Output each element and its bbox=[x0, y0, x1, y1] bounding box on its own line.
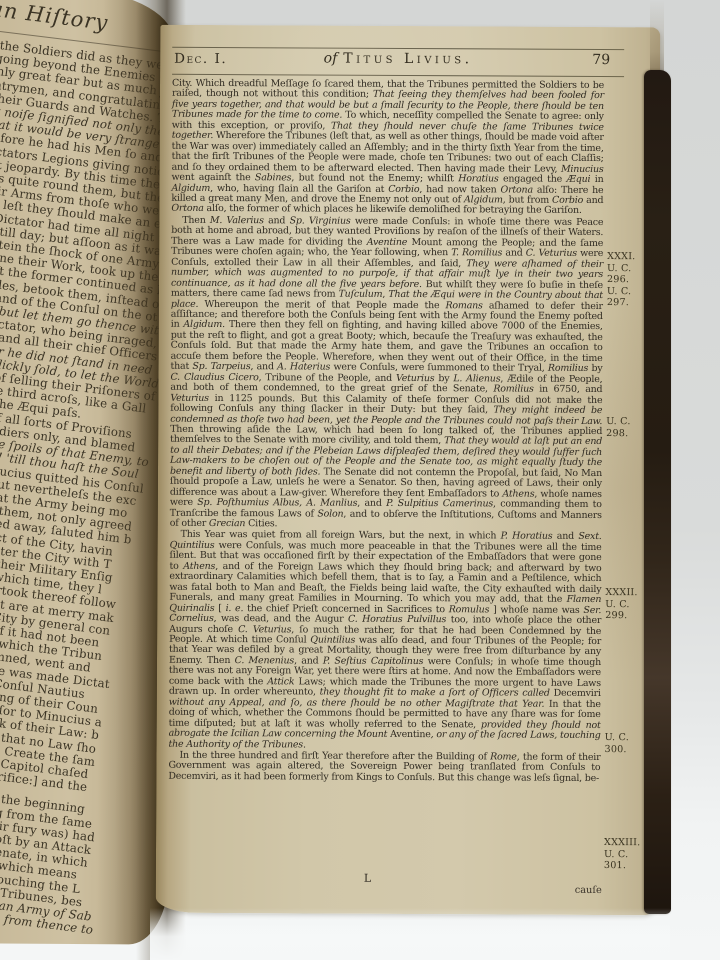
paragraph: Then M. Valerius and Sp. Virginius were … bbox=[170, 216, 604, 532]
header-title-of: of bbox=[324, 51, 338, 67]
book-cover-edge bbox=[644, 70, 671, 914]
catchword: cauſe bbox=[516, 885, 602, 896]
margin-note: XXXII.U. C.299. bbox=[605, 587, 638, 622]
paragraph: In the three hundred and firſt Year ther… bbox=[168, 751, 600, 785]
desk-surface bbox=[150, 908, 670, 960]
paragraph: This Year was quiet from all foreign War… bbox=[169, 530, 602, 752]
header-rule-bottom bbox=[172, 74, 624, 77]
header-title: ofTitus Livius. bbox=[172, 50, 624, 68]
paragraph: City. Which dreadful Meſſage ſo ſcared t… bbox=[171, 79, 604, 217]
margin-note: XXXIII.U. C.301. bbox=[604, 837, 640, 872]
signature-mark: L bbox=[364, 872, 371, 885]
left-page-title-fragment: an Hiſtory bbox=[0, 0, 110, 35]
margin-note: U. C.300. bbox=[605, 732, 629, 755]
header-title-name: Titus Livius. bbox=[343, 51, 472, 68]
right-page: Dec. I. ofTitus Livius. 79 City. Which d… bbox=[156, 25, 661, 916]
body-text: City. Which dreadful Meſſage ſo ſcared t… bbox=[168, 79, 604, 786]
page-number: 79 bbox=[592, 52, 610, 68]
book-photo: an Hiſtory B o n; the Soldiers did as th… bbox=[0, 0, 720, 960]
margin-note: XXXI.U. C.296.U. C.297. bbox=[607, 251, 636, 309]
book-cover-top-shadow bbox=[650, 0, 664, 74]
page-header: Dec. I. ofTitus Livius. 79 bbox=[172, 43, 624, 77]
margin-note: U. C.298. bbox=[606, 416, 630, 439]
